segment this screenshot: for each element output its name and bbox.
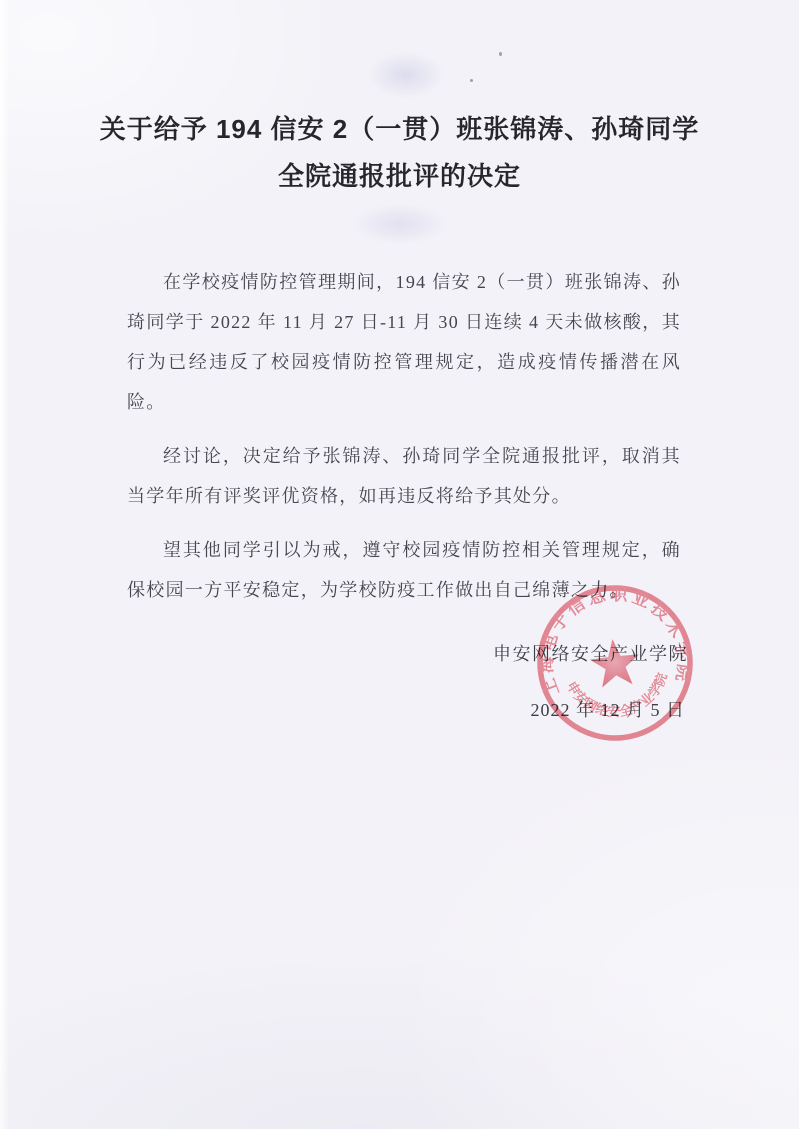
title-line-1: 关于给予 194 信安 2（一贯）班张锦涛、孙琦同学 [0, 106, 799, 153]
scanned-notice-page: 关于给予 194 信安 2（一贯）班张锦涛、孙琦同学 全院通报批评的决定 在学校… [0, 0, 799, 1129]
paragraph-1: 在学校疫情防控管理期间，194 信安 2（一贯）班张锦涛、孙琦同学于 2022 … [127, 262, 681, 422]
scan-artifact-speck [470, 79, 473, 82]
scan-artifact-speck [499, 52, 502, 56]
scan-artifact-bleedthrough-mid [352, 204, 448, 244]
title-line-2: 全院通报批评的决定 [0, 153, 799, 200]
document-title: 关于给予 194 信安 2（一贯）班张锦涛、孙琦同学 全院通报批评的决定 [0, 106, 799, 200]
official-seal: 上海电子信息职业技术学院 申安网络安全产业学院 [492, 540, 738, 786]
svg-text:上海电子信息职业技术学院: 上海电子信息职业技术学院 [528, 576, 697, 700]
seal-outer-text: 上海电子信息职业技术学院 [528, 576, 697, 700]
svg-text:申安网络安全产业学院: 申安网络安全产业学院 [563, 669, 674, 725]
scan-artifact-bleedthrough-top [368, 52, 444, 98]
seal-inner-text: 申安网络安全产业学院 [563, 669, 674, 725]
paragraph-2: 经讨论，决定给予张锦涛、孙琦同学全院通报批评，取消其当学年所有评奖评优资格，如再… [127, 436, 681, 516]
seal-star-icon [588, 637, 642, 689]
